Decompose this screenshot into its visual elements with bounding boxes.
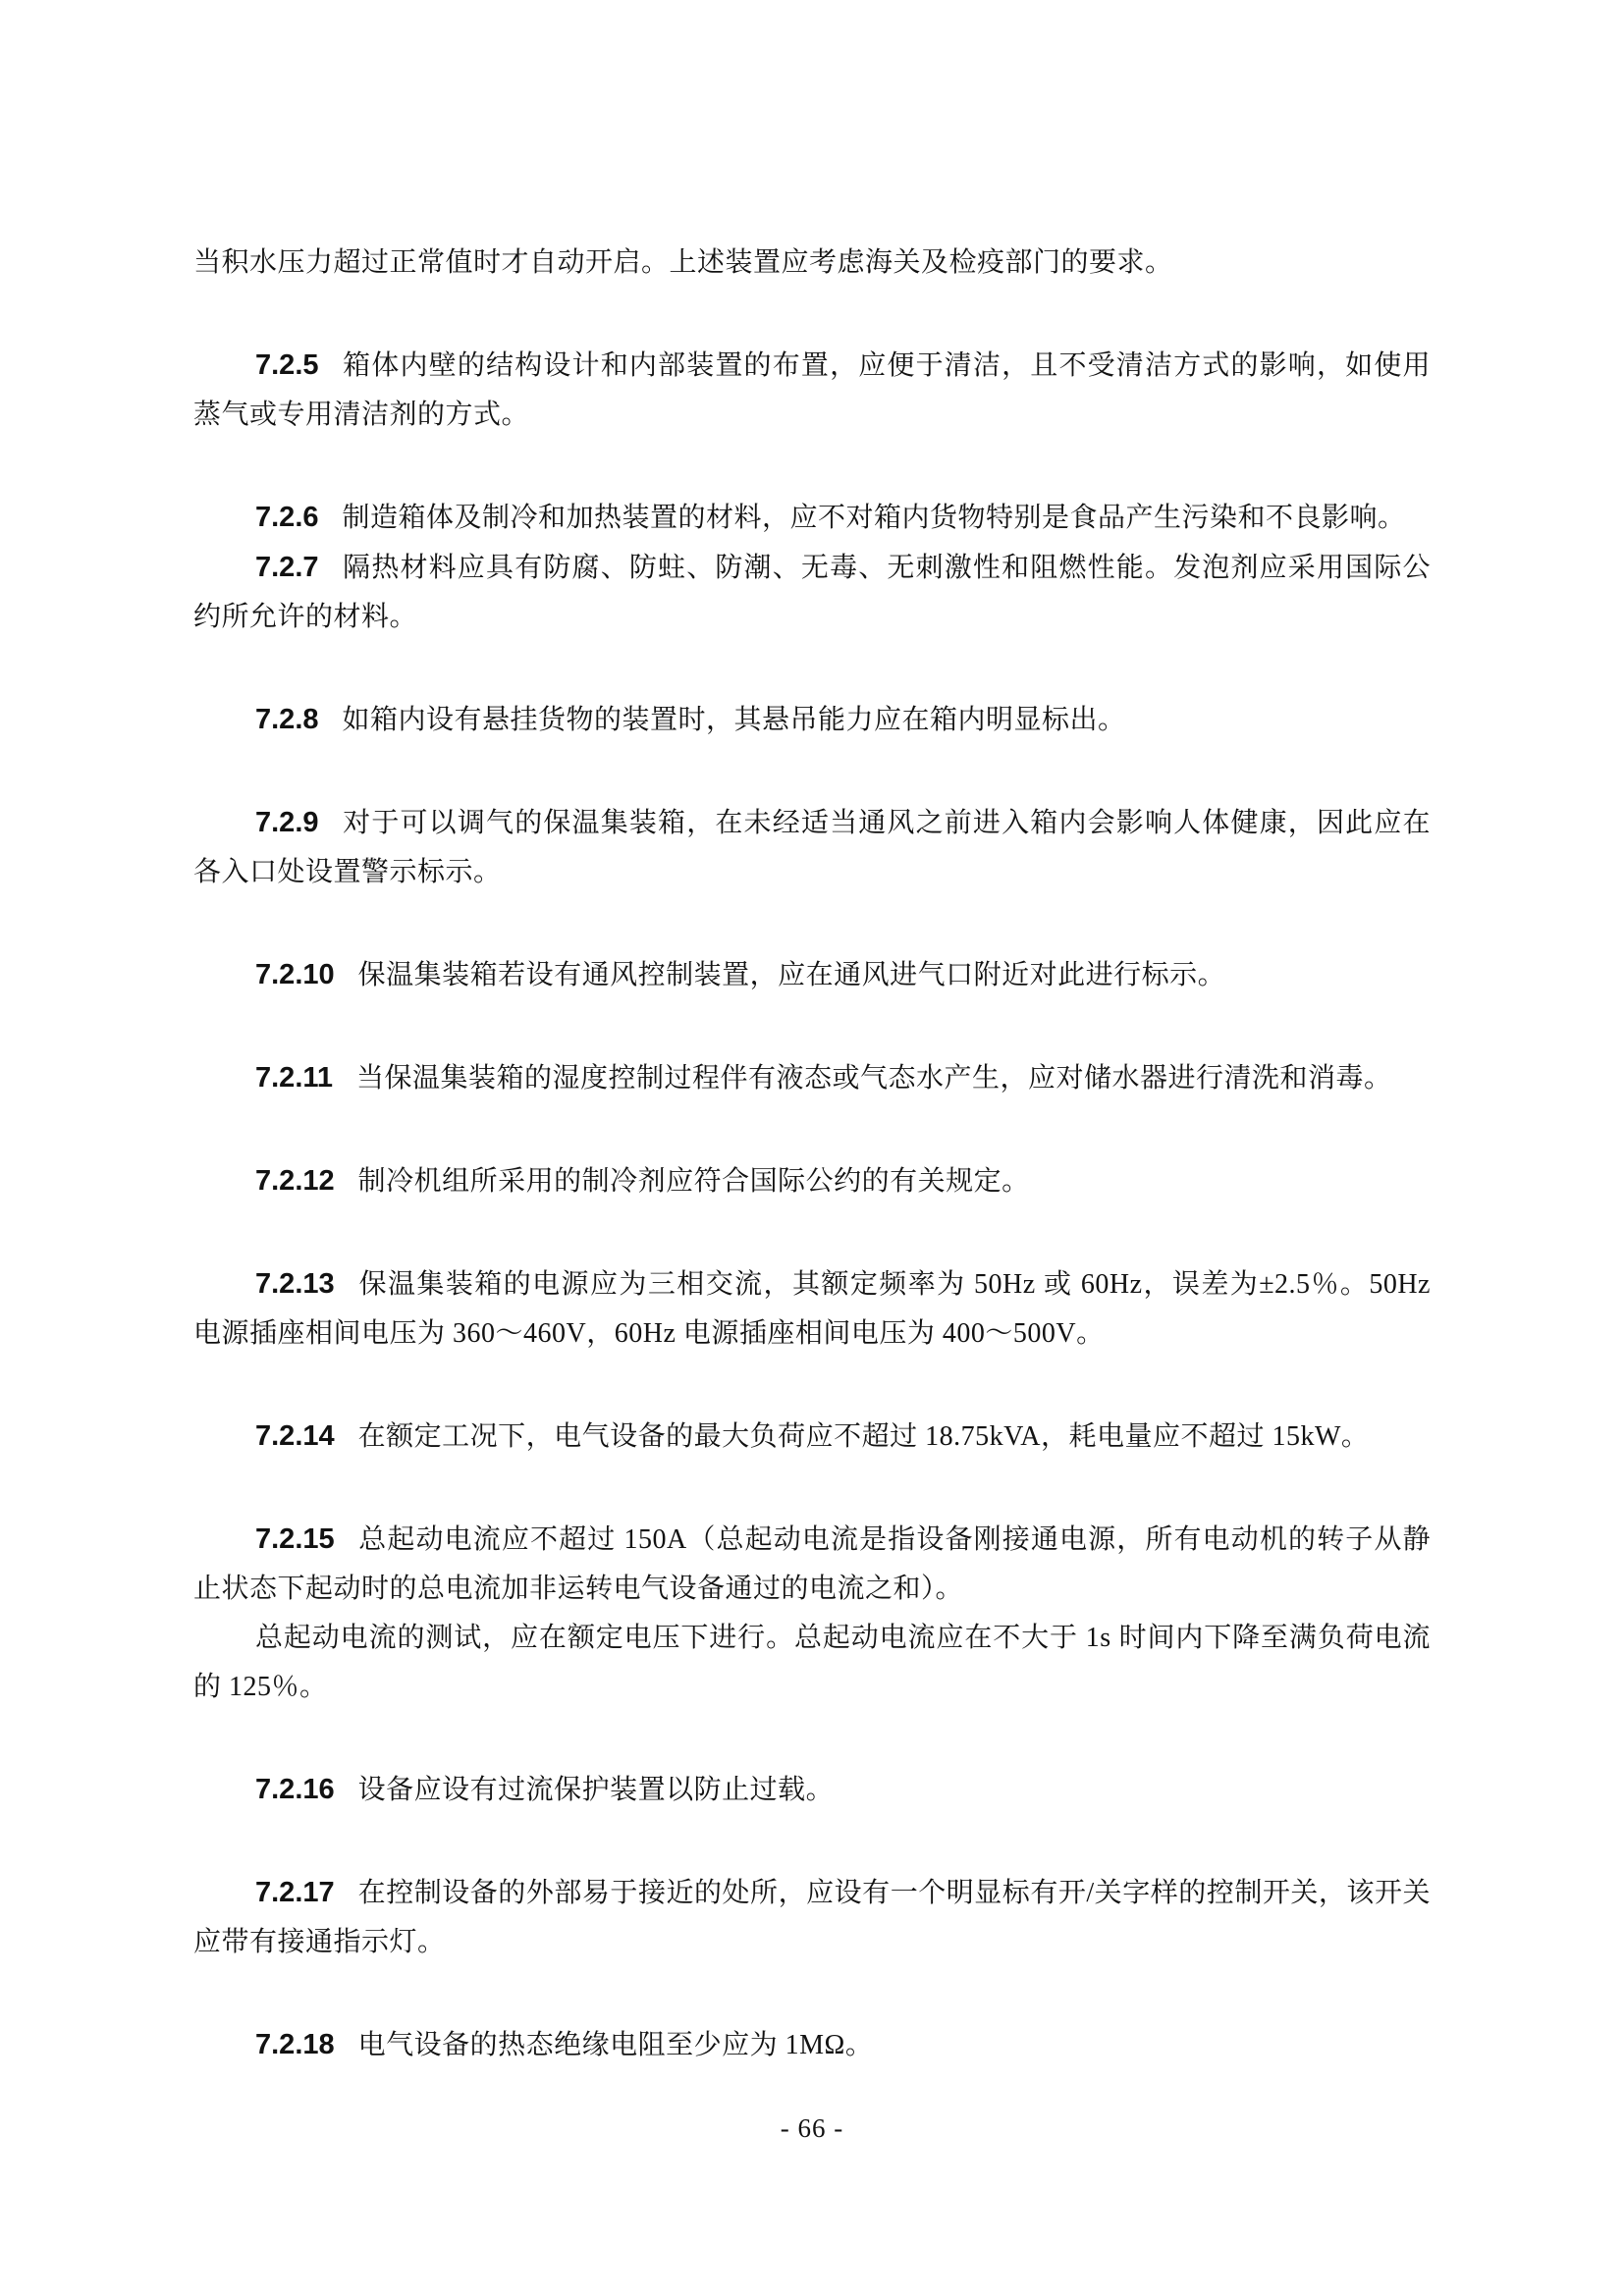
document-page: 当积水压力超过正常值时才自动开启。上述装置应考虑海关及检疫部门的要求。 7.2.… — [0, 0, 1624, 2296]
clause-7-2-15-continuation: 总起动电流的测试，应在额定电压下进行。总起动电流应在不大于 1s 时间内下降至满… — [193, 1614, 1431, 1712]
clause-text: 保温集装箱的电源应为三相交流，其额定频率为 50Hz 或 60Hz，误差为±2.… — [193, 1269, 1431, 1349]
clause-text: 对于可以调气的保温集装箱，在未经适当通风之前进入箱内会影响人体健康，因此应在各入… — [193, 808, 1431, 887]
clause-text: 电气设备的热态绝缘电阻至少应为 1MΩ。 — [358, 2030, 874, 2060]
clause-number: 7.2.13 — [255, 1268, 335, 1300]
clause-7-2-15: 7.2.15总起动电流应不超过 150A（总起动电流是指设备刚接通电源，所有电动… — [193, 1515, 1431, 1614]
intro-continuation-line: 当积水压力超过正常值时才自动开启。上述装置应考虑海关及检疫部门的要求。 — [193, 239, 1431, 288]
clause-text: 制造箱体及制冷和加热装置的材料，应不对箱内货物特别是食品产生污染和不良影响。 — [343, 503, 1406, 533]
clause-text: 保温集装箱若设有通风控制装置，应在通风进气口附近对此进行标示。 — [358, 960, 1226, 990]
clause-text: 总起动电流应不超过 150A（总起动电流是指设备刚接通电源，所有电动机的转子从静… — [193, 1524, 1431, 1604]
clause-7-2-9: 7.2.9对于可以调气的保温集装箱，在未经适当通风之前进入箱内会影响人体健康，因… — [193, 798, 1431, 897]
clause-text: 箱体内壁的结构设计和内部装置的布置，应便于清洁，且不受清洁方式的影响，如使用蒸气… — [193, 350, 1431, 430]
clause-text: 制冷机组所采用的制冷剂应符合国际公约的有关规定。 — [358, 1166, 1030, 1197]
clause-number: 7.2.9 — [255, 807, 319, 838]
clause-number: 7.2.5 — [255, 349, 319, 381]
clause-text: 当保温集装箱的湿度控制过程伴有液态或气态水产生，应对储水器进行清洗和消毒。 — [356, 1063, 1392, 1094]
clause-7-2-7: 7.2.7隔热材料应具有防腐、防蛀、防潮、无毒、无刺激性和阻燃性能。发泡剂应采用… — [193, 543, 1431, 642]
clause-7-2-13: 7.2.13保温集装箱的电源应为三相交流，其额定频率为 50Hz 或 60Hz，… — [193, 1259, 1431, 1359]
clause-number: 7.2.11 — [255, 1062, 333, 1094]
clause-number: 7.2.16 — [255, 1774, 335, 1805]
clause-number: 7.2.7 — [255, 552, 319, 583]
clause-7-2-6: 7.2.6制造箱体及制冷和加热装置的材料，应不对箱内货物特别是食品产生污染和不良… — [193, 493, 1431, 543]
clause-number: 7.2.15 — [255, 1523, 335, 1555]
clause-7-2-18: 7.2.18电气设备的热态绝缘电阻至少应为 1MΩ。 — [193, 2020, 1431, 2070]
clause-number: 7.2.8 — [255, 704, 319, 735]
clause-text: 在控制设备的外部易于接近的处所，应设有一个明显标有开/关字样的控制开关，该开关应… — [193, 1878, 1431, 1957]
clause-7-2-14: 7.2.14在额定工况下，电气设备的最大负荷应不超过 18.75kVA，耗电量应… — [193, 1412, 1431, 1462]
clause-number: 7.2.6 — [255, 502, 319, 533]
page-number: - 66 - — [0, 2104, 1624, 2153]
clause-number: 7.2.17 — [255, 1877, 335, 1908]
clause-text: 设备应设有过流保护装置以防止过载。 — [358, 1775, 835, 1805]
clause-7-2-11: 7.2.11当保温集装箱的湿度控制过程伴有液态或气态水产生，应对储水器进行清洗和… — [193, 1053, 1431, 1103]
clause-text: 如箱内设有悬挂货物的装置时，其悬吊能力应在箱内明显标出。 — [343, 705, 1126, 735]
clause-7-2-8: 7.2.8如箱内设有悬挂货物的装置时，其悬吊能力应在箱内明显标出。 — [193, 695, 1431, 745]
clause-text: 在额定工况下，电气设备的最大负荷应不超过 18.75kVA，耗电量应不超过 15… — [358, 1421, 1370, 1452]
clause-text: 隔热材料应具有防腐、防蛀、防潮、无毒、无刺激性和阻燃性能。发泡剂应采用国际公约所… — [193, 553, 1431, 632]
clause-number: 7.2.10 — [255, 959, 335, 990]
clause-7-2-16: 7.2.16设备应设有过流保护装置以防止过载。 — [193, 1765, 1431, 1815]
clause-number: 7.2.12 — [255, 1165, 335, 1197]
clause-7-2-12: 7.2.12制冷机组所采用的制冷剂应符合国际公约的有关规定。 — [193, 1156, 1431, 1206]
clause-7-2-10: 7.2.10保温集装箱若设有通风控制装置，应在通风进气口附近对此进行标示。 — [193, 950, 1431, 1000]
clause-number: 7.2.14 — [255, 1420, 335, 1452]
clause-7-2-17: 7.2.17在控制设备的外部易于接近的处所，应设有一个明显标有开/关字样的控制开… — [193, 1868, 1431, 1967]
clause-7-2-5: 7.2.5箱体内壁的结构设计和内部装置的布置，应便于清洁，且不受清洁方式的影响，… — [193, 341, 1431, 440]
clause-number: 7.2.18 — [255, 2029, 335, 2060]
